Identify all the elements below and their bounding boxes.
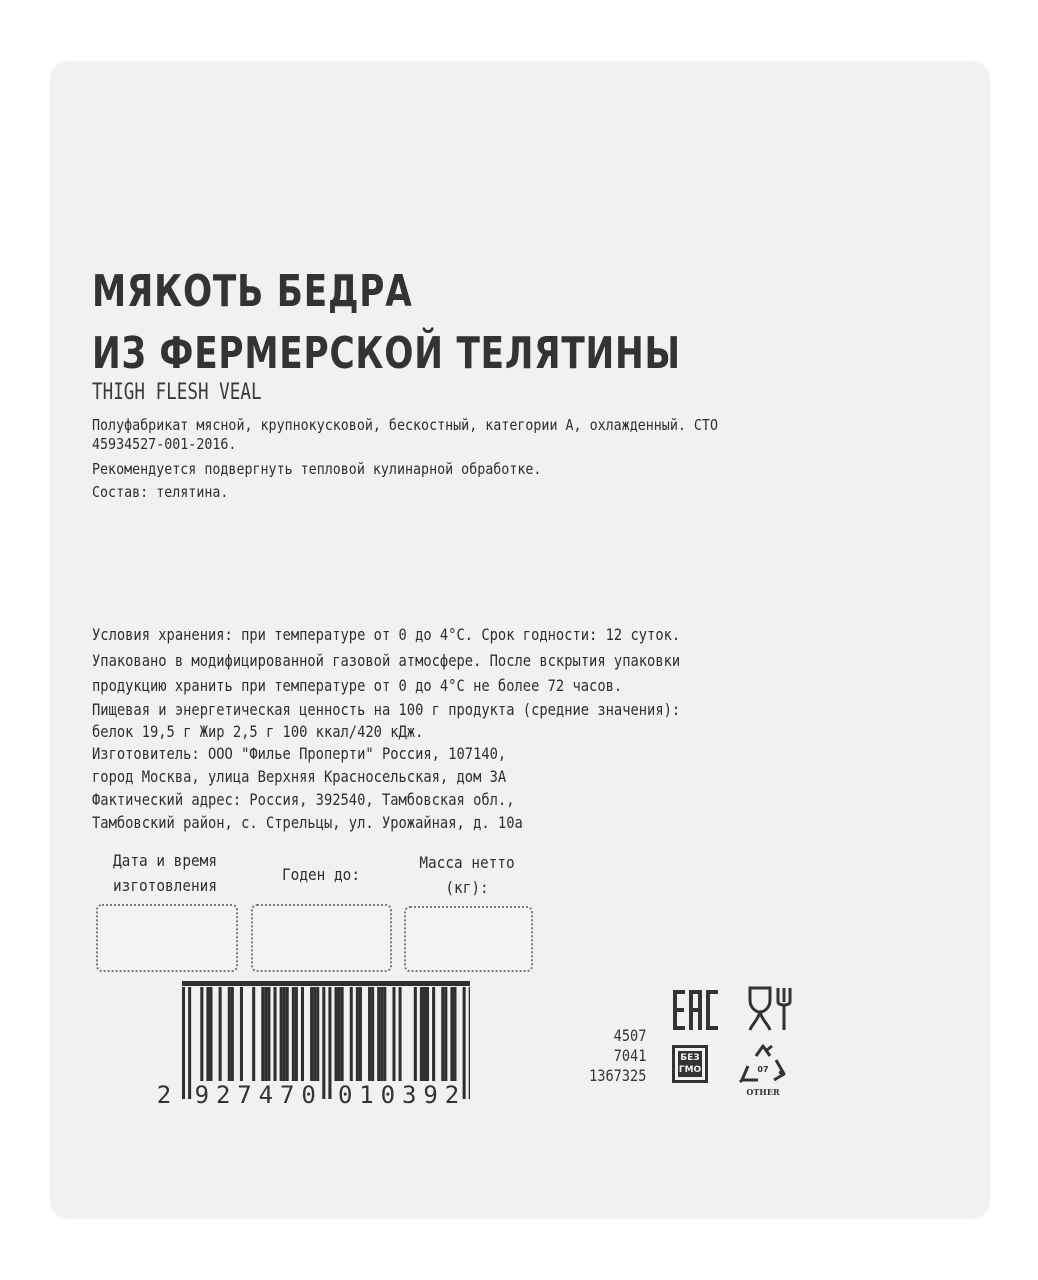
svg-text:7: 7	[280, 1081, 294, 1109]
description-line: 45934527-001-2016.	[92, 435, 718, 454]
packaging-info: Упаковано в модифицированной газовой атм…	[92, 648, 680, 674]
code-line: 1367325	[589, 1066, 646, 1086]
product-title-line1: МЯКОТЬ БЕДРА	[92, 268, 413, 316]
code-line: 7041	[589, 1046, 646, 1066]
svg-text:2: 2	[157, 1081, 171, 1109]
net-weight-field[interactable]	[404, 906, 533, 972]
description-line: Состав: телятина.	[92, 483, 718, 502]
food-safe-glass-fork-icon	[744, 984, 792, 1034]
non-gmo-text: ГМО	[678, 1064, 702, 1076]
product-description: Полуфабрикат мясной, крупнокусковой, бес…	[92, 416, 718, 502]
product-title-line2: ИЗ ФЕРМЕРСКОЙ ТЕЛЯТИНЫ	[92, 330, 681, 378]
best-before-label: Годен до:	[254, 862, 389, 887]
actual-address-cont: Тамбовский район, с. Стрельцы, ул. Урожа…	[92, 811, 680, 834]
manufacture-date-label: Дата и время изготовления	[98, 848, 233, 898]
manufacturer-address: город Москва, улица Верхняя Красносельск…	[92, 765, 680, 788]
actual-address: Фактический адрес: Россия, 392540, Тамбо…	[92, 788, 680, 811]
svg-text:0: 0	[381, 1081, 395, 1109]
label-line: Масса нетто	[400, 850, 535, 875]
nutrition-heading: Пищевая и энергетическая ценность на 100…	[92, 699, 680, 721]
description-line: Рекомендуется подвергнуть тепловой кулин…	[92, 460, 718, 479]
manufacturer: Изготовитель: ООО "Филье Проперти" Росси…	[92, 743, 680, 765]
recycle-number: 07	[757, 1065, 768, 1074]
non-gmo-text: БЕЗ	[678, 1052, 702, 1064]
label-line: Годен до:	[254, 862, 389, 887]
code-line: 4507	[589, 1026, 646, 1046]
svg-text:2: 2	[216, 1081, 230, 1109]
recycle-label: OTHER	[746, 1087, 780, 1097]
best-before-field[interactable]	[251, 904, 392, 972]
svg-text:1: 1	[359, 1081, 373, 1109]
svg-text:9: 9	[423, 1081, 437, 1109]
svg-text:0: 0	[301, 1081, 315, 1109]
svg-text:3: 3	[402, 1081, 416, 1109]
net-weight-label: Масса нетто (кг):	[400, 850, 535, 900]
recycle-07-icon: 07 OTHER	[734, 1042, 792, 1098]
svg-text:2: 2	[445, 1081, 459, 1109]
storage-conditions: Условия хранения: при температуре от 0 д…	[92, 622, 680, 648]
svg-text:4: 4	[259, 1081, 273, 1109]
description-line: Полуфабрикат мясной, крупнокусковой, бес…	[92, 416, 718, 435]
label-line: (кг):	[400, 875, 535, 900]
ean13-barcode: 2927470010392	[140, 975, 470, 1110]
batch-codes: 4507 7041 1367325	[589, 1026, 646, 1086]
product-info-block: Условия хранения: при температуре от 0 д…	[92, 622, 680, 834]
label-line: изготовления	[98, 873, 233, 898]
after-opening-info: продукцию хранить при температуре от 0 д…	[92, 673, 680, 699]
eac-mark-icon	[672, 988, 720, 1032]
svg-text:0: 0	[338, 1081, 352, 1109]
manufacture-date-field[interactable]	[96, 904, 238, 972]
label-line: Дата и время	[98, 848, 233, 873]
non-gmo-badge-icon: БЕЗ ГМО	[672, 1045, 708, 1083]
svg-text:9: 9	[195, 1081, 209, 1109]
svg-text:7: 7	[237, 1081, 251, 1109]
nutrition-values: белок 19,5 г Жир 2,5 г 100 ккал/420 кДж.	[92, 721, 680, 743]
product-title-english: THIGH FLESH VEAL	[92, 381, 262, 405]
